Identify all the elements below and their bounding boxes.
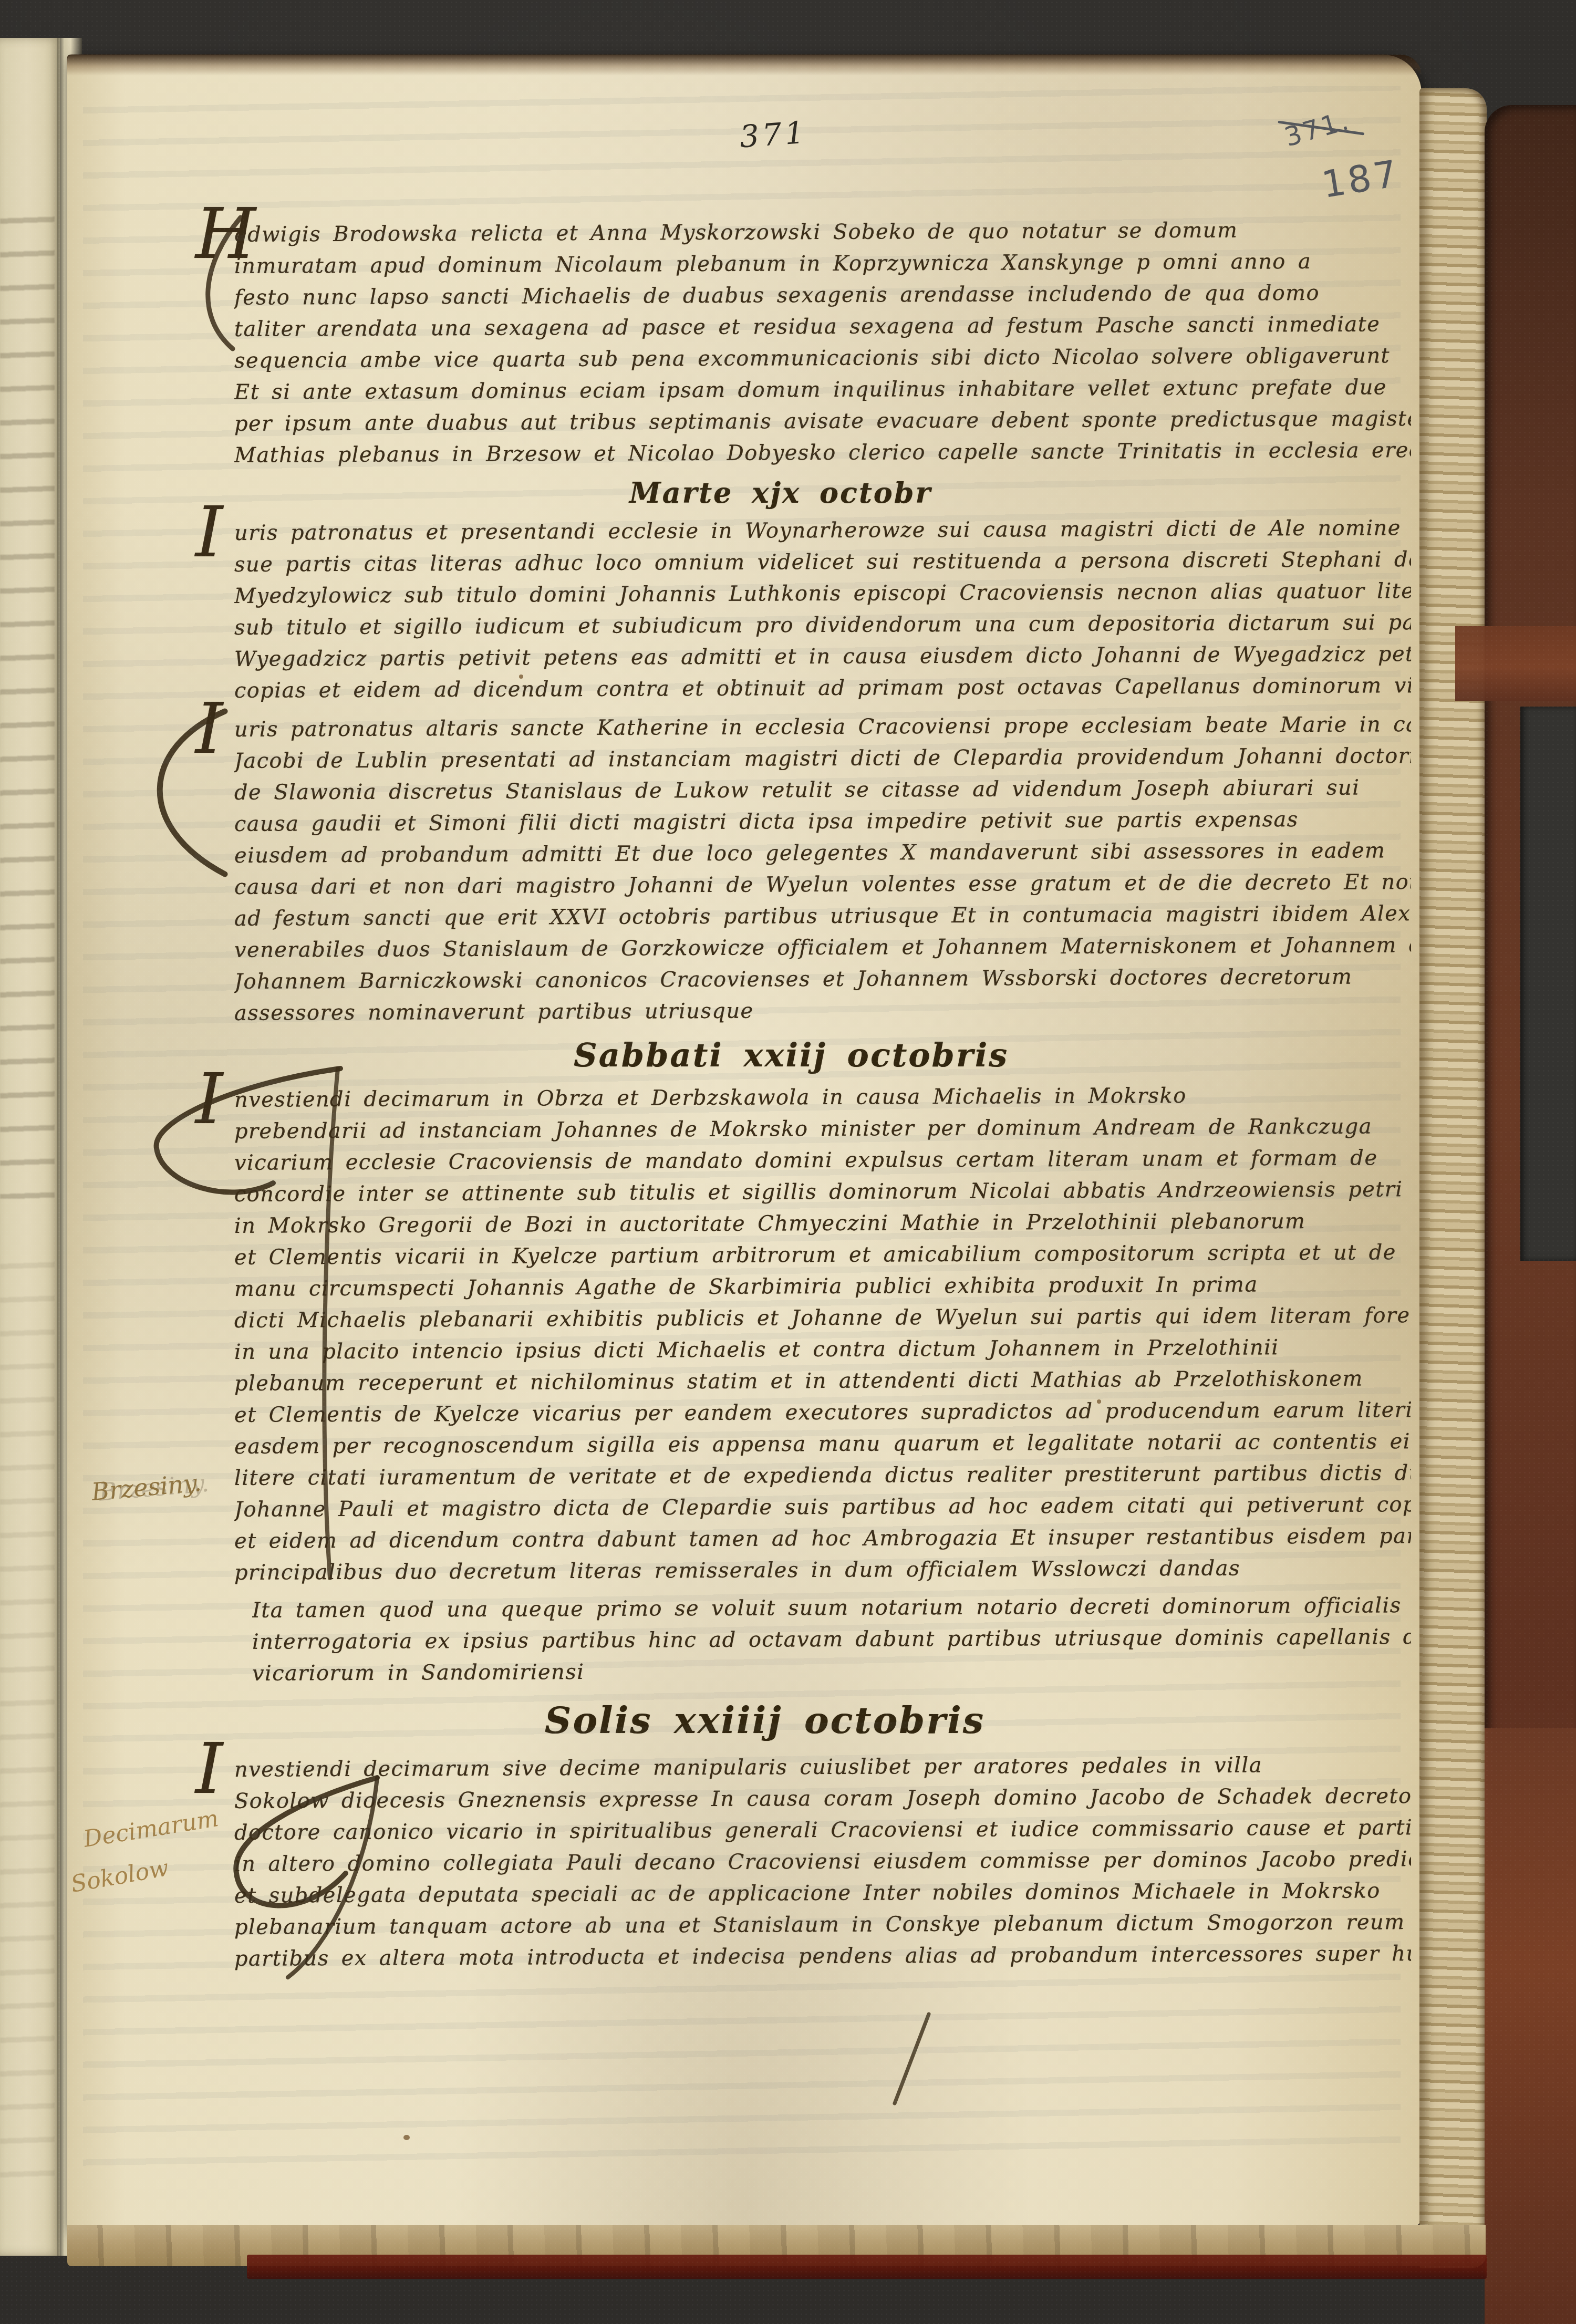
manuscript-line: principalibus duo decretum literas remis… [234, 1552, 1411, 1589]
manuscript-line: per ipsum ante duabus aut tribus septima… [234, 403, 1411, 440]
manuscript-line: assessores nominaverunt partibus utriusq… [234, 992, 1411, 1029]
manuscript-line: plebanum receperunt et nichilominus stat… [234, 1363, 1411, 1399]
ink-speck [403, 2135, 410, 2140]
manuscript-line: Et si ante extasum dominus eciam ipsam d… [234, 371, 1411, 408]
manuscript-line: Jacobi de Lublin presentati ad instancia… [234, 740, 1411, 777]
manuscript-line: et eidem ad dicendum contra dabunt tamen… [234, 1520, 1411, 1557]
manuscript-line: taliter arendata una sexagena ad pasce e… [234, 308, 1411, 345]
manuscript-line: interrogatoria ex ipsius partibus hinc a… [252, 1621, 1411, 1658]
manuscript-line: dicti Michaelis plebanarii exhibitis pub… [234, 1300, 1411, 1336]
manuscript-line: litere citati iuramentum de veritate et … [234, 1457, 1411, 1494]
entry-paragraph: Investiendi decimarum in Obrza et Derbzs… [234, 1082, 1411, 1586]
manuscript-line: sue partis citas literas adhuc loco omni… [234, 544, 1411, 580]
decorated-initial: I [195, 506, 223, 559]
manuscript-line: sub titulo et sigillo iudicum et subiudi… [234, 607, 1411, 644]
manuscript-line: Ita tamen quod una queque primo se volui… [252, 1590, 1411, 1626]
manuscript-line: nvestiendi decimarum sive decime manipul… [234, 1749, 1411, 1786]
manuscript-line: venerabiles duos Stanislaum de Gorzkowic… [234, 929, 1411, 966]
folio-number-pencil-struck: 371. [1281, 105, 1353, 153]
manuscript-line: Sokolow dioecesis Gneznensis expresse In… [234, 1780, 1411, 1817]
manuscript-line: uris patronatus et presentandi ecclesie … [234, 512, 1411, 549]
entry-paragraph: Hedwigis Brodowska relicta et Anna Mysko… [234, 216, 1411, 469]
manuscript-line: ad festum sancti que erit XXVI octobris … [234, 898, 1411, 935]
manuscript-line: et Clementis de Kyelcze vicarius per ean… [234, 1394, 1411, 1431]
date-heading: Sabbati xxiij octobris [171, 1036, 1411, 1074]
binding-gap [1520, 707, 1576, 1261]
entry-subparagraph: Ita tamen quod una queque primo se volui… [252, 1592, 1411, 1687]
decorated-initial: I [195, 1743, 223, 1796]
manuscript-line: Johanne Pauli et magistro dicta de Clepa… [234, 1489, 1411, 1526]
manuscript-line: causa dari et non dari magistro Johanni … [234, 866, 1411, 903]
manuscript-line: uris patronatus altaris sancte Katherine… [234, 709, 1411, 745]
manuscript-line: inmuratam apud dominum Nicolaum plebanum… [234, 245, 1411, 282]
folio-number-pencil: 187 [1319, 152, 1403, 206]
manuscript-line: vicarium ecclesie Cracoviensis de mandat… [234, 1142, 1411, 1179]
manuscript-line: vicariorum in Sandomiriensi [252, 1653, 1411, 1689]
entry-paragraph: Investiendi decimarum sive decime manipu… [234, 1751, 1411, 1972]
text-block: Hedwigis Brodowska relicta et Anna Mysko… [234, 216, 1411, 1979]
manuscript-page: 371 371. 187 Hedwigis Brodowska relicta … [67, 55, 1422, 2229]
text-block-deckle-edges [1419, 88, 1487, 2268]
folio-number-ink: 371 [739, 115, 808, 155]
manuscript-line: nvestiendi decimarum in Obrza et Derbzsk… [234, 1079, 1411, 1116]
manuscript-line: Mathias plebanus in Brzesow et Nicolao D… [234, 434, 1411, 471]
manuscript-line: edwigis Brodowska relicta et Anna Myskor… [234, 214, 1411, 251]
entry-paragraph: Iuris patronatus altaris sancte Katherin… [234, 711, 1411, 1026]
manuscript-line: et Clementis vicarii in Kyelcze partium … [234, 1237, 1411, 1273]
manuscript-line: in una placito intencio ipsius dicti Mic… [234, 1331, 1411, 1368]
manuscript-line: causa gaudii et Simoni filii dicti magis… [234, 803, 1411, 840]
decorated-initial: I [195, 1073, 223, 1126]
leather-cover-lower [1485, 1728, 1576, 2324]
manuscript-line: concordie inter se attinente sub titulis… [234, 1174, 1411, 1210]
manuscript-line: manu circumspecti Johannis Agathe de Ska… [234, 1268, 1411, 1305]
manuscript-line: in altero domino collegiata Pauli decano… [234, 1843, 1411, 1880]
manuscript-line: et subdelegata deputata speciali ac de a… [234, 1875, 1411, 1912]
manuscript-line: sequencia ambe vice quarta sub pena exco… [234, 340, 1411, 377]
marginal-note-brzesiny: Brzesiny. [90, 1468, 203, 1506]
manuscript-line: Myedzylowicz sub titulo domini Johannis … [234, 575, 1411, 612]
facing-page-edge [0, 38, 60, 2256]
manuscript-line: easdem per recognoscendum sigilla eis ap… [234, 1426, 1411, 1462]
manuscript-line: de Slawonia discretus Stanislaus de Luko… [234, 772, 1411, 808]
manuscript-line: plebanarium tanquam actore ab una et Sta… [234, 1906, 1411, 1943]
marginal-note-sokolow: Sokolow [69, 1854, 171, 1898]
ink-speck [519, 675, 523, 679]
facing-page-text-fragments-lower [0, 1246, 55, 2192]
manuscript-line: prebendarii ad instanciam Johannes de Mo… [234, 1111, 1411, 1147]
manuscript-line: eiusdem ad probandum admitti Et due loco… [234, 835, 1411, 871]
ink-speck [1097, 1399, 1101, 1404]
marginal-note-decimarum: Decimarum [82, 1805, 221, 1853]
manuscript-line: in Mokrsko Gregorii de Bozi in auctorita… [234, 1205, 1411, 1242]
manuscript-line: copias et eidem ad dicendum contra et ob… [234, 670, 1411, 707]
leather-strap [1455, 626, 1576, 701]
facing-page-text-fragments [0, 201, 55, 1199]
manuscript-line: Wyegadzicz partis petivit petens eas adm… [234, 638, 1411, 675]
manuscript-line: festo nunc lapso sancti Michaelis de dua… [234, 277, 1411, 314]
bottom-tailband [247, 2255, 1487, 2279]
manuscript-line: partibus ex altera mota introducta et in… [234, 1938, 1411, 1975]
decorated-initial: I [195, 703, 223, 755]
manuscript-line: Johannem Barniczkowski canonicos Cracovi… [234, 961, 1411, 998]
date-heading: Solis xxiiij octobris [119, 1698, 1411, 1742]
manuscript-photograph: 371 371. 187 Hedwigis Brodowska relicta … [0, 0, 1576, 2324]
date-heading: Marte xjx octobr [150, 476, 1411, 510]
entry-paragraph: Iuris patronatus et presentandi ecclesie… [234, 515, 1411, 704]
manuscript-line: doctore canonico vicario in spiritualibu… [234, 1812, 1411, 1849]
